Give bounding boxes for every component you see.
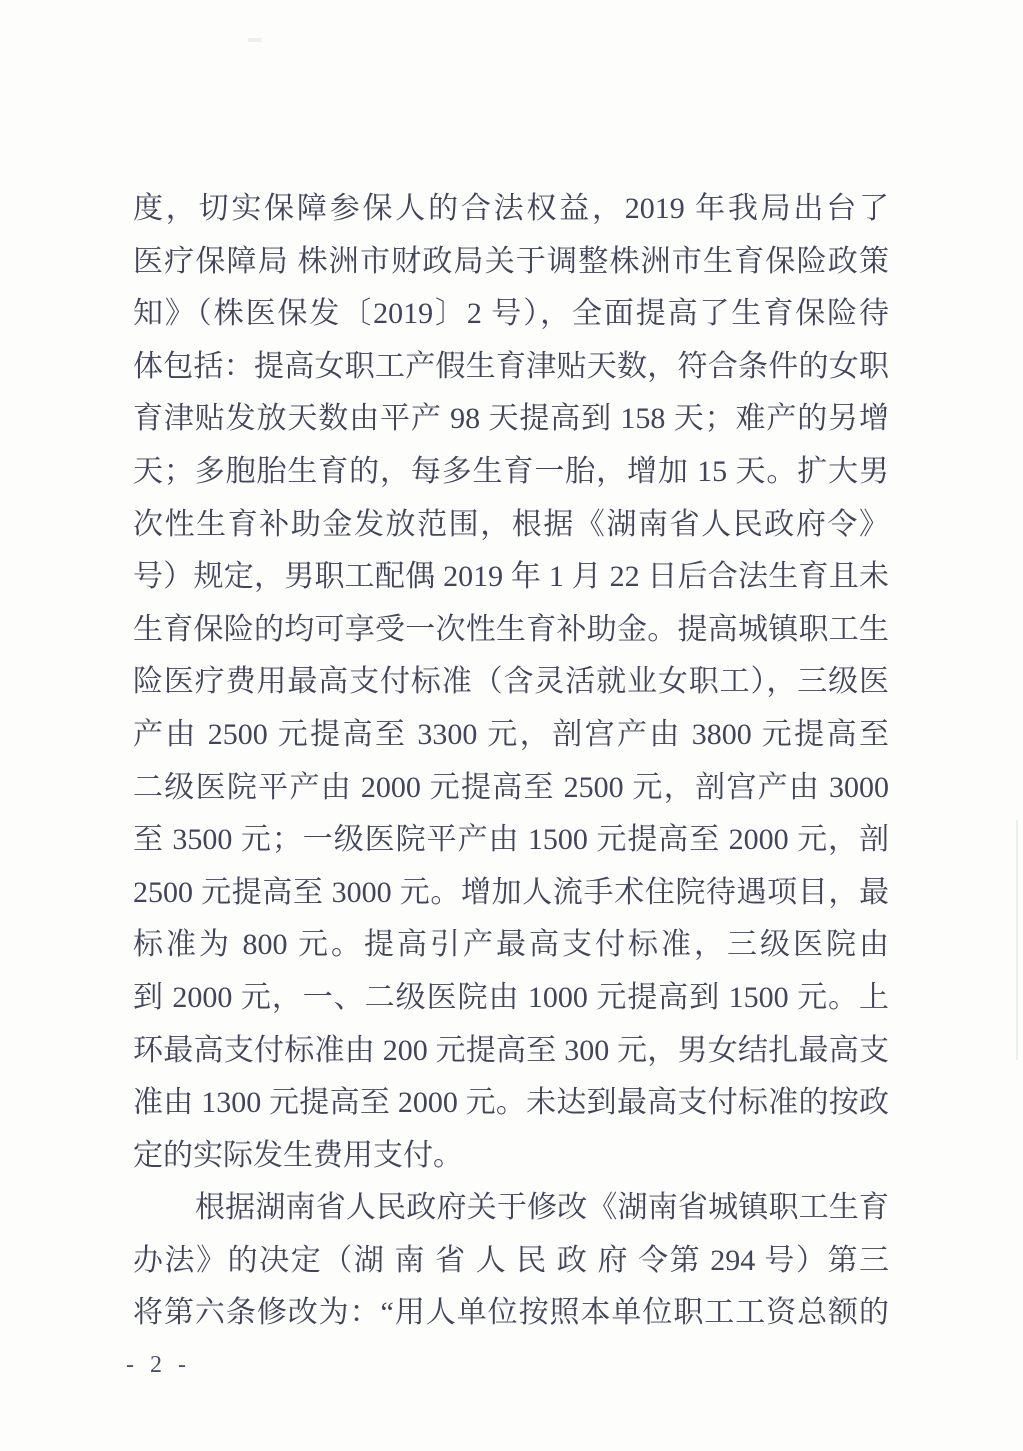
text-line: 定的实际发生费用支付。 [133, 1130, 889, 1183]
text-line: 二级医院平产由 2000 元提高至 2500 元，剖宫产由 3000 元提高 [133, 762, 889, 815]
scan-artifact [1016, 820, 1018, 1060]
text-line: 准由 1300 元提高至 2000 元。未达到最高支付标准的按政策规 [133, 1077, 889, 1130]
text-line: 次性生育补助金发放范围，根据《湖南省人民政府令》（第 294 [133, 499, 889, 552]
text-line: 医疗保障局 株洲市财政局关于调整株洲市生育保险政策的通 [133, 236, 889, 289]
text-line: 标准为 800 元。提高引产最高支付标准，三级医院由 1500 提高 [133, 919, 889, 972]
text-line: 将第六条修改为：“用人单位按照本单位职工工资总额的一定比 [133, 1287, 889, 1340]
text-line: 到 2000 元，一、二级医院由 1000 元提高到 1500 元。上环、取 [133, 972, 889, 1025]
document-body-text: 度，切实保障参保人的合法权益，2019 年我局出台了《株洲市 医疗保障局 株洲市… [133, 183, 889, 1340]
text-line: 育津贴发放天数由平产 98 天提高到 158 天；难产的另增加 15 [133, 393, 889, 446]
text-line: 产由 2500 元提高至 3300 元，剖宫产由 3800 元提高至 4300 … [133, 709, 889, 762]
page-number: - 2 - [126, 1352, 191, 1379]
text-line: 办法》的决定（湖 南 省 人 民 政 府 令第 294 号）第三条、 [133, 1235, 889, 1288]
paragraph-new: 根据湖南省人民政府关于修改《湖南省城镇职工生育保险 办法》的决定（湖 南 省 人… [133, 1182, 889, 1340]
text-line: 根据湖南省人民政府关于修改《湖南省城镇职工生育保险 [133, 1182, 889, 1235]
text-line: 知》（株医保发〔2019〕2 号），全面提高了生育保险待遇，具 [133, 288, 889, 341]
text-line: 度，切实保障参保人的合法权益，2019 年我局出台了《株洲市 [133, 183, 889, 236]
text-line: 体包括：提高女职工产假生育津贴天数，符合条件的女职工生 [133, 341, 889, 394]
text-line: 生育保险的均可享受一次性生育补助金。提高城镇职工生育保 [133, 604, 889, 657]
text-line: 天；多胞胎生育的，每多生育一胎，增加 15 天。扩大男职工一 [133, 446, 889, 499]
scanned-document-page: 度，切实保障参保人的合法权益，2019 年我局出台了《株洲市 医疗保障局 株洲市… [0, 0, 1023, 1451]
text-line: 至 3500 元；一级医院平产由 1500 元提高至 2000 元，剖宫产由 [133, 814, 889, 867]
paragraph-continuation: 度，切实保障参保人的合法权益，2019 年我局出台了《株洲市 医疗保障局 株洲市… [133, 183, 889, 1182]
text-line: 2500 元提高至 3000 元。增加人流手术住院待遇项目，最高支付 [133, 867, 889, 920]
scan-artifact [248, 38, 262, 42]
text-line: 号）规定，男职工配偶 2019 年 1 月 22 日后合法生育且未参加 [133, 551, 889, 604]
text-line: 险医疗费用最高支付标准（含灵活就业女职工），三级医院平 [133, 656, 889, 709]
text-line: 环最高支付标准由 200 元提高至 300 元，男女结扎最高支付标 [133, 1025, 889, 1078]
